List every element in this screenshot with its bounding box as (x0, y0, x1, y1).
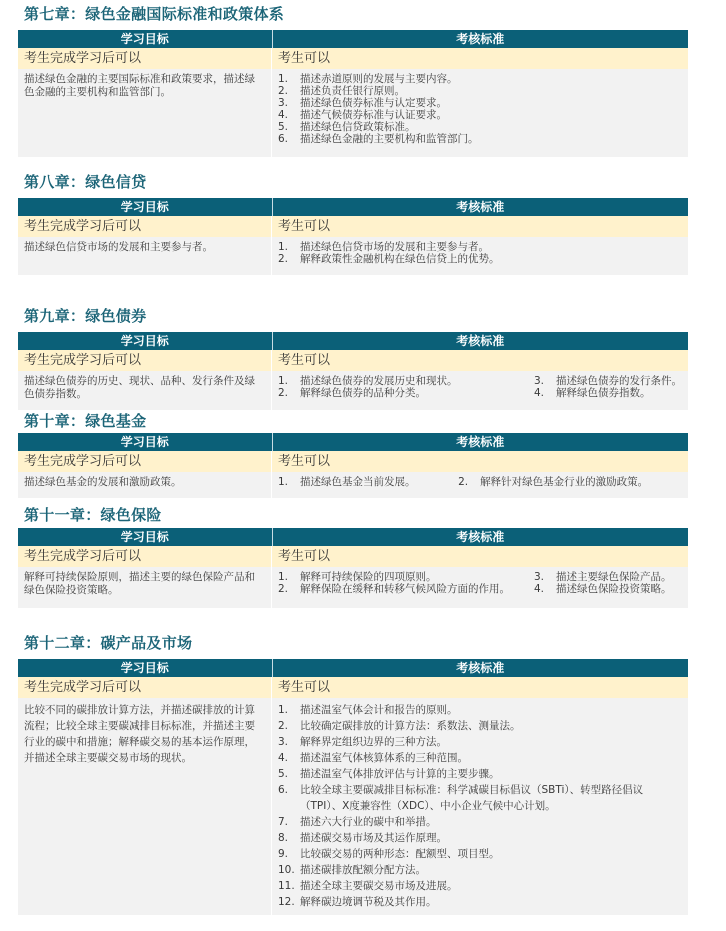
table-body-row: 描述绿色债券的历史、现状、品种、发行条件及绿色债券指数。 1.描述绿色债券的发展… (18, 371, 688, 410)
list-item: 2.比较确定碳排放的计算方法：系数法、测量法。 (278, 718, 682, 734)
header-objectives: 学习目标 (18, 30, 273, 48)
chapter-table: 学习目标 考核标准 考生完成学习后可以 考生可以 比较不同的碳排放计算方法，并描… (18, 659, 688, 915)
table-header-row: 学习目标 考核标准 (18, 659, 688, 677)
header-objectives: 学习目标 (18, 528, 273, 546)
list-item: 2.解释政策性金融机构在绿色信贷上的优势。 (278, 253, 682, 265)
criteria-list: 1.描述绿色信贷市场的发展和主要参与者。 2.解释政策性金融机构在绿色信贷上的优… (272, 237, 688, 275)
chapter-title: 第十二章：碳产品及市场 (24, 634, 192, 652)
list-item: 12.解释碳边境调节税及其作用。 (278, 894, 682, 910)
objectives-intro: 考生完成学习后可以 (18, 546, 272, 567)
list-item: 4.描述气候债券标准与认证要求。 (278, 109, 682, 121)
list-item: 2.描述负责任银行原则。 (278, 85, 682, 97)
list-item: 5.描述绿色信贷政策标准。 (278, 121, 682, 133)
header-objectives: 学习目标 (18, 332, 273, 350)
header-criteria: 考核标准 (273, 433, 688, 451)
criteria-intro: 考生可以 (272, 48, 688, 69)
header-criteria: 考核标准 (273, 198, 688, 216)
objectives-text: 描述绿色债券的历史、现状、品种、发行条件及绿色债券指数。 (18, 371, 272, 410)
table-header-row: 学习目标 考核标准 (18, 198, 688, 216)
criteria-intro: 考生可以 (272, 451, 688, 472)
table-header-row: 学习目标 考核标准 (18, 332, 688, 350)
header-objectives: 学习目标 (18, 659, 273, 677)
objectives-text: 描述绿色基金的发展和激励政策。 (18, 472, 272, 498)
list-item: 3.描述绿色债券的发行条件。 (534, 375, 682, 387)
list-item: 4.描述绿色保险投资策略。 (534, 583, 682, 595)
chapter-title: 第七章：绿色金融国际标准和政策体系 (24, 5, 284, 23)
table-header-row: 学习目标 考核标准 (18, 30, 688, 48)
list-item: 3.解释界定组织边界的三种方法。 (278, 734, 682, 750)
objectives-intro: 考生完成学习后可以 (18, 451, 272, 472)
table-header-row: 学习目标 考核标准 (18, 433, 688, 451)
header-criteria: 考核标准 (273, 659, 688, 677)
list-item: 4.描述温室气体核算体系的三种范围。 (278, 750, 682, 766)
chapter-title: 第八章：绿色信贷 (24, 173, 146, 191)
chapter-title: 第九章：绿色债券 (24, 307, 146, 325)
objectives-intro: 考生完成学习后可以 (18, 216, 272, 237)
table-subheader-row: 考生完成学习后可以 考生可以 (18, 451, 688, 472)
criteria-intro: 考生可以 (272, 546, 688, 567)
chapter-table: 学习目标 考核标准 考生完成学习后可以 考生可以 解释可持续保险原则，描述主要的… (18, 528, 688, 608)
criteria-list: 1.描述温室气体会计和报告的原则。 2.比较确定碳排放的计算方法：系数法、测量法… (272, 698, 688, 915)
table-header-row: 学习目标 考核标准 (18, 528, 688, 546)
list-item: 10.描述碳排放配额分配方法。 (278, 862, 682, 878)
chapter-title: 第十章：绿色基金 (24, 412, 146, 430)
table-body-row: 比较不同的碳排放计算方法，并描述碳排放的计算流程；比较全球主要碳减排目标标准，并… (18, 698, 688, 915)
objectives-intro: 考生完成学习后可以 (18, 48, 272, 69)
list-item: 9.比较碳交易的两种形态：配额型、项目型。 (278, 846, 682, 862)
table-subheader-row: 考生完成学习后可以 考生可以 (18, 546, 688, 567)
header-criteria: 考核标准 (273, 332, 688, 350)
criteria-list: 1.解释可持续保险的四项原则。 2.解释保险在缓释和转移气候风险方面的作用。 3… (272, 567, 688, 608)
objectives-text: 描述绿色信贷市场的发展和主要参与者。 (18, 237, 272, 275)
list-item: 1.描述绿色基金当前发展。 (278, 476, 458, 494)
list-item: 3.描述主要绿色保险产品。 (534, 571, 682, 583)
chapter-title: 第十一章：绿色保险 (24, 506, 162, 524)
list-item: 6.描述绿色金融的主要机构和监管部门。 (278, 133, 682, 145)
list-item: 4.解释绿色债券指数。 (534, 387, 682, 399)
chapter-table: 学习目标 考核标准 考生完成学习后可以 考生可以 描述绿色信贷市场的发展和主要参… (18, 198, 688, 275)
list-item: 1.描述温室气体会计和报告的原则。 (278, 702, 682, 718)
objectives-text: 比较不同的碳排放计算方法，并描述碳排放的计算流程；比较全球主要碳减排目标标准，并… (18, 698, 272, 915)
list-item: 2.解释保险在缓释和转移气候风险方面的作用。 (278, 583, 534, 595)
list-item: 6.比较全球主要碳减排目标标准：科学减碳目标倡议（SBTi）、转型路径倡议（TP… (278, 782, 682, 814)
table-body-row: 解释可持续保险原则，描述主要的绿色保险产品和绿色保险投资策略。 1.解释可持续保… (18, 567, 688, 608)
criteria-list: 1.描述绿色债券的发展历史和现状。 2.解释绿色债券的品种分类。 3.描述绿色债… (272, 371, 688, 410)
header-objectives: 学习目标 (18, 433, 273, 451)
table-body-row: 描述绿色基金的发展和激励政策。 1.描述绿色基金当前发展。 2.解释针对绿色基金… (18, 472, 688, 498)
list-item: 3.描述绿色债券标准与认定要求。 (278, 97, 682, 109)
objectives-text: 解释可持续保险原则，描述主要的绿色保险产品和绿色保险投资策略。 (18, 567, 272, 608)
criteria-list: 1.描述赤道原则的发展与主要内容。 2.描述负责任银行原则。 3.描述绿色债券标… (272, 69, 688, 157)
table-subheader-row: 考生完成学习后可以 考生可以 (18, 350, 688, 371)
list-item: 1.描述绿色债券的发展历史和现状。 (278, 375, 534, 387)
chapter-table: 学习目标 考核标准 考生完成学习后可以 考生可以 描述绿色金融的主要国际标准和政… (18, 30, 688, 157)
criteria-intro: 考生可以 (272, 216, 688, 237)
table-body-row: 描述绿色信贷市场的发展和主要参与者。 1.描述绿色信贷市场的发展和主要参与者。 … (18, 237, 688, 275)
list-item: 8.描述碳交易市场及其运作原理。 (278, 830, 682, 846)
chapter-table: 学习目标 考核标准 考生完成学习后可以 考生可以 描述绿色基金的发展和激励政策。… (18, 433, 688, 498)
table-subheader-row: 考生完成学习后可以 考生可以 (18, 677, 688, 698)
criteria-intro: 考生可以 (272, 677, 688, 698)
objectives-intro: 考生完成学习后可以 (18, 350, 272, 371)
chapter-table: 学习目标 考核标准 考生完成学习后可以 考生可以 描述绿色债券的历史、现状、品种… (18, 332, 688, 410)
list-item: 5.描述温室气体排放评估与计算的主要步骤。 (278, 766, 682, 782)
table-subheader-row: 考生完成学习后可以 考生可以 (18, 216, 688, 237)
table-body-row: 描述绿色金融的主要国际标准和政策要求，描述绿色金融的主要机构和监管部门。 1.描… (18, 69, 688, 157)
header-criteria: 考核标准 (273, 528, 688, 546)
header-objectives: 学习目标 (18, 198, 273, 216)
objectives-intro: 考生完成学习后可以 (18, 677, 272, 698)
list-item: 1.描述赤道原则的发展与主要内容。 (278, 73, 682, 85)
list-item: 7.描述六大行业的碳中和举措。 (278, 814, 682, 830)
criteria-list: 1.描述绿色基金当前发展。 2.解释针对绿色基金行业的激励政策。 (272, 472, 688, 498)
list-item: 1.解释可持续保险的四项原则。 (278, 571, 534, 583)
header-criteria: 考核标准 (273, 30, 688, 48)
list-item: 2.解释绿色债券的品种分类。 (278, 387, 534, 399)
list-item: 2.解释针对绿色基金行业的激励政策。 (458, 476, 682, 494)
objectives-text: 描述绿色金融的主要国际标准和政策要求，描述绿色金融的主要机构和监管部门。 (18, 69, 272, 157)
list-item: 11.描述全球主要碳交易市场及进展。 (278, 878, 682, 894)
table-subheader-row: 考生完成学习后可以 考生可以 (18, 48, 688, 69)
list-item: 1.描述绿色信贷市场的发展和主要参与者。 (278, 241, 682, 253)
criteria-intro: 考生可以 (272, 350, 688, 371)
